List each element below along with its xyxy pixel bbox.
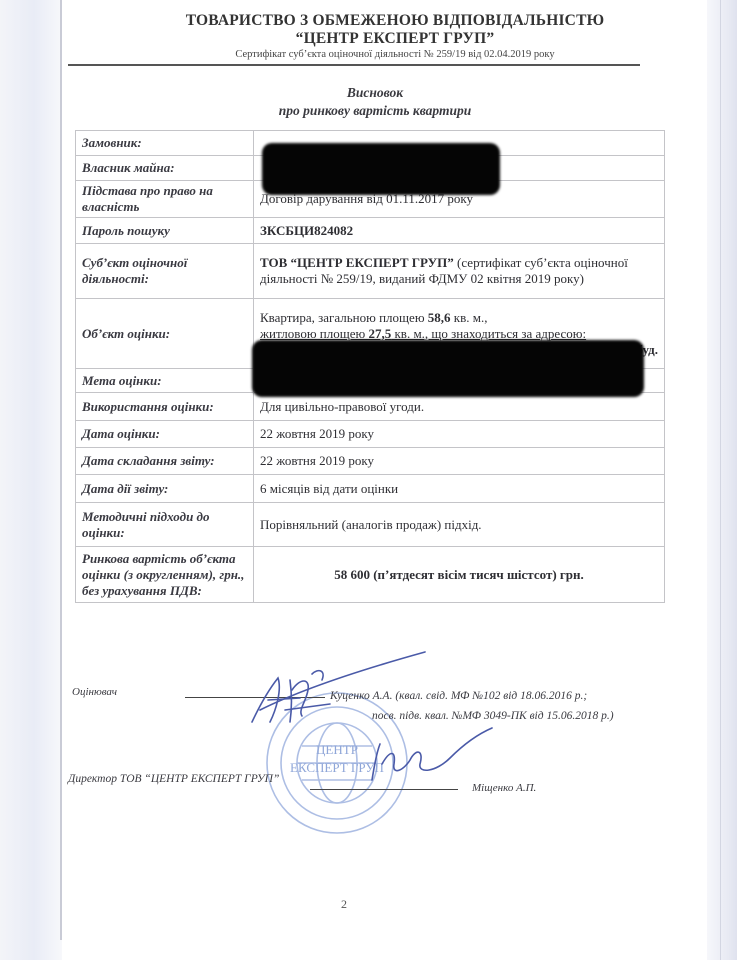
table-row-appraiser-entity: Суб’єкт оціночної діяльності: ТОВ “ЦЕНТР… [76, 244, 665, 299]
row-label: Власник майна: [76, 156, 254, 181]
seal-text-1: ЦЕНТР [316, 742, 358, 757]
page-number: 2 [341, 897, 347, 912]
row-label: Дата складання звіту: [76, 448, 254, 475]
header-divider [68, 64, 640, 66]
row-label: Об’єкт оцінки: [76, 299, 254, 369]
title-line1: Висновок [200, 84, 550, 102]
appraiser-signature-icon [230, 650, 430, 730]
total-area: 58,6 [428, 310, 451, 325]
table-row-valuation-date: Дата оцінки: 22 жовтня 2019 року [76, 421, 665, 448]
row-label: Дата дії звіту: [76, 475, 254, 503]
row-label: Замовник: [76, 131, 254, 156]
table-row-report-date: Дата складання звіту: 22 жовтня 2019 рок… [76, 448, 665, 475]
scan-page-edge-right [720, 0, 721, 960]
redaction-block-owner [262, 143, 500, 195]
row-label: Використання оцінки: [76, 393, 254, 421]
org-name-line1: ТОВАРИСТВО З ОБМЕЖЕНОЮ ВІДПОВІДАЛЬНІСТЮ [150, 12, 640, 30]
row-value: 22 жовтня 2019 року [254, 421, 665, 448]
entity-name: ТОВ “ЦЕНТР ЕКСПЕРТ ГРУП” [260, 255, 454, 270]
title-line2: про ринкову вартість квартири [200, 102, 550, 120]
object-text: житловою площею [260, 326, 368, 341]
org-name-line2: “ЦЕНТР ЕКСПЕРТ ГРУП” [150, 30, 640, 48]
letterhead: ТОВАРИСТВО З ОБМЕЖЕНОЮ ВІДПОВІДАЛЬНІСТЮ … [150, 12, 640, 60]
row-label: Суб’єкт оціночної діяльності: [76, 244, 254, 299]
redaction-block-address [252, 340, 644, 397]
director-signature-icon [360, 720, 500, 790]
row-value: 22 жовтня 2019 року [254, 448, 665, 475]
row-label: Мета оцінки: [76, 369, 254, 393]
row-value: ЗКСБЦИ824082 [254, 218, 665, 244]
row-value: Порівняльний (аналогів продаж) підхід. [254, 503, 665, 547]
scan-margin-right [707, 0, 737, 960]
row-label: Пароль пошуку [76, 218, 254, 244]
table-row-search-password: Пароль пошуку ЗКСБЦИ824082 [76, 218, 665, 244]
row-value: ТОВ “ЦЕНТР ЕКСПЕРТ ГРУП” (сертифікат суб… [254, 244, 665, 299]
scan-margin-left [0, 0, 62, 960]
row-label: Дата оцінки: [76, 421, 254, 448]
row-value: 6 місяців від дати оцінки [254, 475, 665, 503]
row-label: Методичні підходи до оцінки: [76, 503, 254, 547]
market-value: 58 600 (п’ятдесят вісім тисяч шістсот) г… [254, 547, 665, 603]
row-label: Ринкова вартість об’єкта оцінки (з округ… [76, 547, 254, 603]
director-label: Директор ТОВ “ЦЕНТР ЕКСПЕРТ ГРУП” [68, 773, 279, 785]
table-row-validity: Дата дії звіту: 6 місяців від дати оцінк… [76, 475, 665, 503]
row-label: Підстава про право на власність [76, 181, 254, 218]
table-row-market-value: Ринкова вартість об’єкта оцінки (з округ… [76, 547, 665, 603]
living-area: 27,5 [368, 326, 391, 341]
object-text: кв. м., що знаходиться за адресою: [391, 326, 586, 341]
object-text: кв. м., [451, 310, 488, 325]
appraiser-label: Оцінювач [72, 686, 117, 698]
object-text: Квартира, загальною площею [260, 310, 428, 325]
table-row-methods: Методичні підходи до оцінки: Порівняльни… [76, 503, 665, 547]
certificate-line: Сертифікат суб’єкта оціночної діяльності… [150, 49, 640, 60]
document-title: Висновок про ринкову вартість квартири [200, 84, 550, 120]
